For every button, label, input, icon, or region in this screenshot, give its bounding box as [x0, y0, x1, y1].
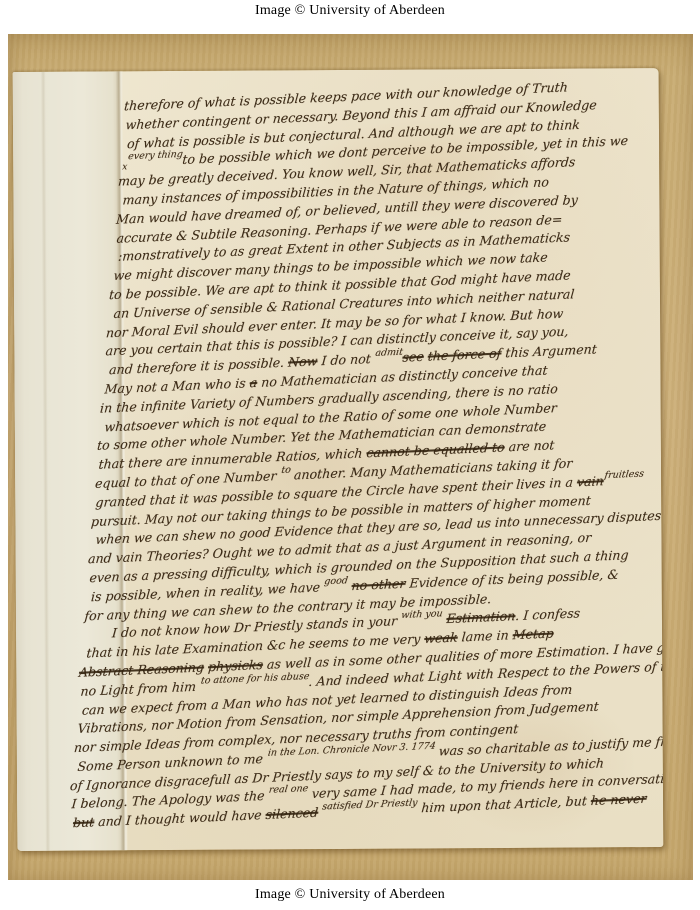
inserted-text: with you — [400, 605, 444, 626]
manuscript-lines: therefore of what is possible keeps pace… — [66, 74, 663, 834]
inserted-text: good — [323, 572, 349, 592]
struck-text: Estimation — [446, 608, 516, 626]
struck-text: weak — [424, 630, 459, 646]
struck-text: see — [402, 349, 425, 365]
inserted-text: to — [280, 461, 292, 480]
manuscript-text: lame in — [457, 627, 513, 644]
struck-text: no other — [351, 575, 406, 592]
manuscript-text: this Argument — [501, 341, 598, 360]
struck-text: but — [72, 815, 94, 831]
struck-text: he never — [590, 791, 647, 808]
struck-text: Metap — [512, 626, 554, 643]
inserted-text: admit — [374, 344, 404, 364]
inserted-text: real one — [268, 781, 310, 802]
manuscript-scan: therefore of what is possible keeps pace… — [8, 34, 693, 880]
struck-text: vain — [576, 473, 604, 489]
struck-text: Now — [288, 353, 319, 369]
struck-text: the force of — [427, 346, 502, 364]
manuscript-text: I do not — [317, 351, 376, 369]
inserted-text: fruitless — [603, 465, 645, 486]
struck-text: silenced — [265, 805, 319, 822]
inserted-text: satisfied Dr Priestly — [321, 795, 419, 818]
manuscript-text: no Light from him — [80, 678, 201, 698]
manuscript-text: are not — [504, 437, 555, 454]
inserted-text: to attone for his abuse — [199, 668, 310, 692]
manuscript-page: therefore of what is possible keeps pace… — [13, 68, 664, 851]
inserted-text: every thing — [127, 146, 184, 167]
fold-crease-inner — [41, 72, 51, 851]
manuscript-text: . I confess — [515, 606, 581, 624]
top-caption: Image © University of Aberdeen — [0, 3, 700, 19]
struck-text: Abstract Reasoning — [78, 659, 204, 679]
bottom-caption: Image © University of Aberdeen — [0, 887, 700, 903]
